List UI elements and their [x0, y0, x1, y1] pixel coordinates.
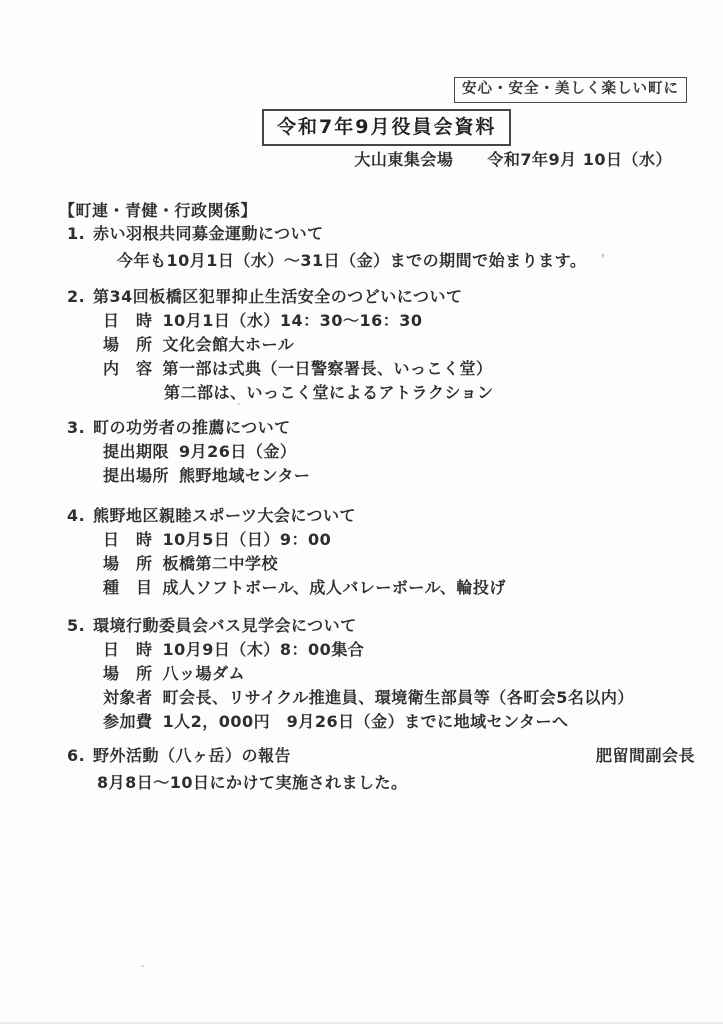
agenda-item-2: 2. 第34回板橋区犯罪抑止生活安全のつどいについて 日 時 10月1日（水）1…: [0, 285, 723, 405]
presenter-name: 肥留間副会長: [596, 744, 723, 768]
detail-value: 1人2，000円 9月26日（金）までに地域センターへ: [163, 710, 569, 734]
detail-label: 種 目: [103, 576, 153, 600]
document-title-box: 令和7年9月役員会資料: [262, 109, 511, 146]
detail-label: 場 所: [103, 333, 153, 357]
agenda-item-3: 3. 町の功労者の推薦について 提出期限 9月26日（金） 提出場所 熊野地域セ…: [0, 416, 723, 488]
item-number: 6.: [67, 744, 93, 768]
detail-label: 日 時: [103, 309, 153, 333]
detail-line: 場 所 文化会館大ホール: [0, 333, 723, 357]
item-title: 町の功労者の推薦について: [93, 416, 291, 440]
detail-line: 参加費 1人2，000円 9月26日（金）までに地域センターへ: [0, 710, 723, 734]
detail-value: 成人ソフトボール、成人バレーボール、輪投げ: [163, 576, 506, 600]
item-number: 1.: [67, 222, 93, 246]
item-body-line: 8月8日～10日にかけて実施されました。: [0, 771, 723, 795]
detail-value: 第二部は、いっこく堂によるアトラクション: [164, 381, 494, 405]
item-title-row: 1. 赤い羽根共同募金運動について: [0, 222, 723, 246]
detail-value: 八ッ場ダム: [163, 662, 246, 686]
item-number: 5.: [67, 614, 93, 638]
scan-artifact: [237, 403, 240, 405]
item-title-row: 6. 野外活動（八ヶ岳）の報告 肥留間副会長: [0, 744, 723, 768]
detail-continuation-line: 第二部は、いっこく堂によるアトラクション: [0, 381, 723, 405]
detail-line: 提出場所 熊野地域センター: [0, 464, 723, 488]
detail-label: 日 時: [103, 638, 153, 662]
detail-label: 場 所: [103, 662, 153, 686]
detail-line: 内 容 第一部は式典（一日警察署長、いっこく堂）: [0, 357, 723, 381]
document-title: 令和7年9月役員会資料: [277, 116, 496, 138]
scan-artifact: [141, 965, 144, 967]
item-title-row: 5. 環境行動委員会バス見学会について: [0, 614, 723, 638]
venue: 大山東集会場: [354, 149, 453, 171]
agenda-item-4: 4. 熊野地区親睦スポーツ大会について 日 時 10月5日（日）9：00 場 所…: [0, 504, 723, 600]
item-title: 第34回板橋区犯罪抑止生活安全のつどいについて: [93, 285, 462, 309]
item-title: 赤い羽根共同募金運動について: [93, 222, 324, 246]
item-body-line: 今年も10月1日（水）～31日（金）までの期間で始まります。: [0, 249, 723, 273]
detail-value: 板橋第二中学校: [163, 552, 279, 576]
detail-value: 町会長、リサイクル推進員、環境衛生部員等（各町会5名以内）: [163, 686, 634, 710]
detail-line: 対象者 町会長、リサイクル推進員、環境衛生部員等（各町会5名以内）: [0, 686, 723, 710]
item-title-row: 3. 町の功労者の推薦について: [0, 416, 723, 440]
detail-value: 10月5日（日）9：00: [163, 528, 332, 552]
detail-line: 場 所 八ッ場ダム: [0, 662, 723, 686]
item-title: 熊野地区親睦スポーツ大会について: [93, 504, 356, 528]
item-number: 3.: [67, 416, 93, 440]
item-number: 2.: [67, 285, 93, 309]
meeting-date: 令和7年9月 10日（水）: [487, 149, 672, 171]
scan-artifact: ’: [601, 252, 605, 265]
slogan-text: 安心・安全・美しく楽しい町に: [462, 81, 679, 97]
agenda-item-1: 1. 赤い羽根共同募金運動について 今年も10月1日（水）～31日（金）までの期…: [0, 222, 723, 273]
item-title: 野外活動（八ヶ岳）の報告: [93, 744, 291, 768]
item-title-row: 4. 熊野地区親睦スポーツ大会について: [0, 504, 723, 528]
detail-label: 提出期限: [103, 440, 169, 464]
detail-label: 場 所: [103, 552, 153, 576]
venue-date-line: 大山東集会場 令和7年9月 10日（水）: [354, 149, 672, 171]
detail-line: 提出期限 9月26日（金）: [0, 440, 723, 464]
detail-line: 日 時 10月1日（水）14：30～16：30: [0, 309, 723, 333]
agenda-item-5: 5. 環境行動委員会バス見学会について 日 時 10月9日（木）8：00集合 場…: [0, 614, 723, 734]
item-title: 環境行動委員会バス見学会について: [93, 614, 357, 638]
detail-value: 文化会館大ホール: [163, 333, 295, 357]
detail-value: 10月1日（水）14：30～16：30: [163, 309, 423, 333]
section-header: 【町連・青健・行政関係】: [59, 199, 257, 223]
detail-value: 第一部は式典（一日警察署長、いっこく堂）: [163, 357, 493, 381]
detail-label: 日 時: [103, 528, 153, 552]
detail-label: 内 容: [103, 357, 153, 381]
detail-value: 9月26日（金）: [179, 440, 296, 464]
detail-value: 10月9日（木）8：00集合: [163, 638, 365, 662]
scanned-document-page: 安心・安全・美しく楽しい町に 令和7年9月役員会資料 大山東集会場 令和7年9月…: [0, 0, 723, 1024]
item-number: 4.: [67, 504, 93, 528]
detail-label: 対象者: [103, 686, 153, 710]
agenda-item-6: 6. 野外活動（八ヶ岳）の報告 肥留間副会長 8月8日～10日にかけて実施されま…: [0, 744, 723, 795]
detail-line: 種 目 成人ソフトボール、成人バレーボール、輪投げ: [0, 576, 723, 600]
detail-line: 日 時 10月5日（日）9：00: [0, 528, 723, 552]
detail-value: 熊野地域センター: [179, 464, 310, 488]
detail-label: 参加費: [103, 710, 153, 734]
detail-line: 場 所 板橋第二中学校: [0, 552, 723, 576]
detail-label: 提出場所: [103, 464, 169, 488]
item-title-row: 2. 第34回板橋区犯罪抑止生活安全のつどいについて: [0, 285, 723, 309]
detail-line: 日 時 10月9日（木）8：00集合: [0, 638, 723, 662]
slogan-box: 安心・安全・美しく楽しい町に: [454, 77, 687, 103]
